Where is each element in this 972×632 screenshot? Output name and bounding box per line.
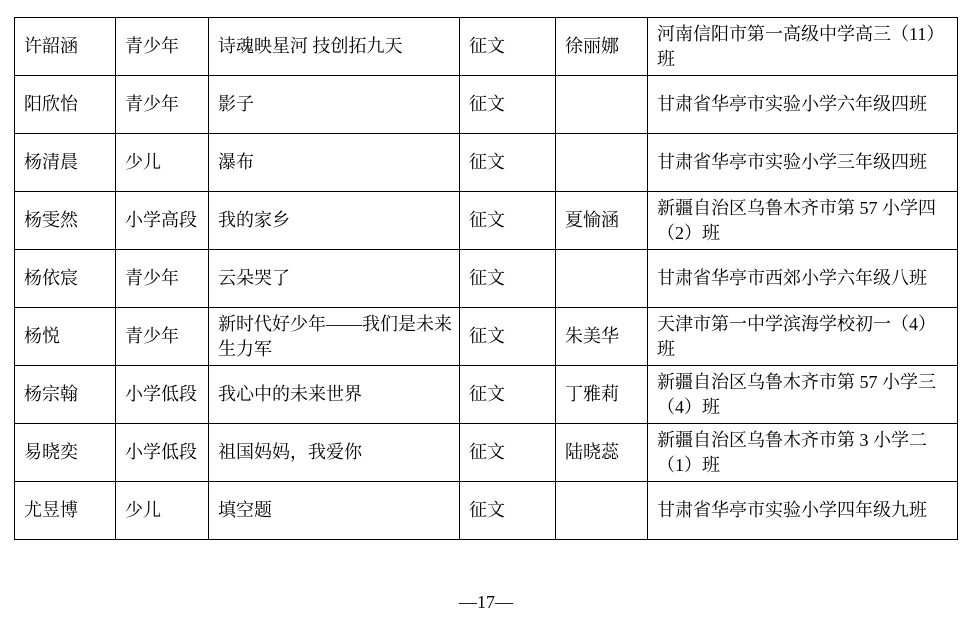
table-row: 许韶涵 青少年 诗魂映星河 技创拓九天 征文 徐丽娜 河南信阳市第一高级中学高三… [15, 18, 958, 76]
cell-school: 新疆自治区乌鲁木齐市第 57 小学四（2）班 [648, 192, 958, 250]
cell-school: 甘肃省华亭市实验小学三年级四班 [648, 134, 958, 192]
cell-teacher: 夏愉涵 [556, 192, 648, 250]
table-row: 杨清晨 少儿 瀑布 征文 甘肃省华亭市实验小学三年级四班 [15, 134, 958, 192]
cell-school: 甘肃省华亭市西郊小学六年级八班 [648, 250, 958, 308]
entries-table: 许韶涵 青少年 诗魂映星河 技创拓九天 征文 徐丽娜 河南信阳市第一高级中学高三… [14, 17, 958, 540]
cell-entry-type: 征文 [460, 76, 556, 134]
table-row: 杨宗翰 小学低段 我心中的未来世界 征文 丁雅莉 新疆自治区乌鲁木齐市第 57 … [15, 366, 958, 424]
cell-school: 新疆自治区乌鲁木齐市第 3 小学二（1）班 [648, 424, 958, 482]
cell-name: 杨宗翰 [15, 366, 116, 424]
table-row: 杨雯然 小学高段 我的家乡 征文 夏愉涵 新疆自治区乌鲁木齐市第 57 小学四（… [15, 192, 958, 250]
cell-entry-type: 征文 [460, 192, 556, 250]
cell-entry-type: 征文 [460, 134, 556, 192]
cell-entry-type: 征文 [460, 18, 556, 76]
cell-name: 杨依宸 [15, 250, 116, 308]
table-row: 阳欣怡 青少年 影子 征文 甘肃省华亭市实验小学六年级四班 [15, 76, 958, 134]
cell-entry-type: 征文 [460, 424, 556, 482]
cell-entry-type: 征文 [460, 250, 556, 308]
table-row: 杨悦 青少年 新时代好少年——我们是未来生力军 征文 朱美华 天津市第一中学滨海… [15, 308, 958, 366]
cell-age-group: 少儿 [116, 482, 209, 540]
cell-work-title: 我的家乡 [209, 192, 460, 250]
cell-teacher [556, 482, 648, 540]
cell-work-title: 我心中的未来世界 [209, 366, 460, 424]
entries-table-body: 许韶涵 青少年 诗魂映星河 技创拓九天 征文 徐丽娜 河南信阳市第一高级中学高三… [15, 18, 958, 540]
cell-teacher: 陆晓蕊 [556, 424, 648, 482]
cell-teacher [556, 250, 648, 308]
page-number: —17— [0, 591, 972, 613]
cell-entry-type: 征文 [460, 482, 556, 540]
cell-work-title: 影子 [209, 76, 460, 134]
cell-name: 尤昱博 [15, 482, 116, 540]
cell-work-title: 诗魂映星河 技创拓九天 [209, 18, 460, 76]
cell-name: 阳欣怡 [15, 76, 116, 134]
cell-entry-type: 征文 [460, 366, 556, 424]
cell-name: 杨悦 [15, 308, 116, 366]
cell-school: 甘肃省华亭市实验小学四年级九班 [648, 482, 958, 540]
cell-age-group: 青少年 [116, 308, 209, 366]
cell-work-title: 瀑布 [209, 134, 460, 192]
cell-age-group: 青少年 [116, 250, 209, 308]
cell-school: 河南信阳市第一高级中学高三（11）班 [648, 18, 958, 76]
cell-age-group: 小学高段 [116, 192, 209, 250]
cell-age-group: 少儿 [116, 134, 209, 192]
cell-entry-type: 征文 [460, 308, 556, 366]
cell-work-title: 云朵哭了 [209, 250, 460, 308]
table-row: 尤昱博 少儿 填空题 征文 甘肃省华亭市实验小学四年级九班 [15, 482, 958, 540]
cell-age-group: 青少年 [116, 18, 209, 76]
cell-teacher: 朱美华 [556, 308, 648, 366]
cell-name: 杨清晨 [15, 134, 116, 192]
cell-school: 天津市第一中学滨海学校初一（4）班 [648, 308, 958, 366]
cell-age-group: 小学低段 [116, 424, 209, 482]
table-row: 易晓奕 小学低段 祖国妈妈，我爱你 征文 陆晓蕊 新疆自治区乌鲁木齐市第 3 小… [15, 424, 958, 482]
cell-teacher [556, 134, 648, 192]
cell-age-group: 小学低段 [116, 366, 209, 424]
document-page: 许韶涵 青少年 诗魂映星河 技创拓九天 征文 徐丽娜 河南信阳市第一高级中学高三… [0, 0, 972, 632]
cell-work-title: 新时代好少年——我们是未来生力军 [209, 308, 460, 366]
cell-work-title: 填空题 [209, 482, 460, 540]
cell-name: 许韶涵 [15, 18, 116, 76]
cell-work-title: 祖国妈妈，我爱你 [209, 424, 460, 482]
cell-school: 新疆自治区乌鲁木齐市第 57 小学三（4）班 [648, 366, 958, 424]
cell-teacher: 丁雅莉 [556, 366, 648, 424]
cell-name: 易晓奕 [15, 424, 116, 482]
cell-age-group: 青少年 [116, 76, 209, 134]
table-row: 杨依宸 青少年 云朵哭了 征文 甘肃省华亭市西郊小学六年级八班 [15, 250, 958, 308]
cell-name: 杨雯然 [15, 192, 116, 250]
cell-teacher: 徐丽娜 [556, 18, 648, 76]
cell-teacher [556, 76, 648, 134]
cell-school: 甘肃省华亭市实验小学六年级四班 [648, 76, 958, 134]
